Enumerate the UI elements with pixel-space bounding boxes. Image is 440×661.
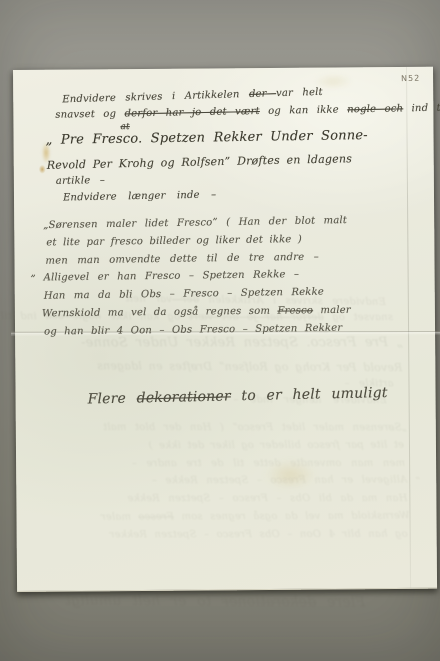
- handwritten-line: „ Pre Fresco. Spetzen Rekker Under Sonne…: [45, 128, 368, 148]
- handwritten-line: Flere dekorationer to er helt umuligt: [65, 593, 365, 611]
- handwritten-line: „Sørensen maler lidet Fresco” ( Han der …: [43, 215, 347, 231]
- handwritten-line: men man omvendte dette til de tre andre …: [45, 252, 319, 267]
- handwritten-line: Endvidere længer inde –: [63, 189, 216, 203]
- manuscript-paper: Endvidere skrives i Artikkelen der var h…: [13, 67, 437, 592]
- handwritten-line: Alligevel er han Fresco – Spetzen Rekke …: [44, 269, 300, 283]
- handwritten-line: Revold Per Krohg og Rolfsen” Drøftes en …: [47, 152, 353, 172]
- handwritten-line: Endvidere skrives i Artikkelen der var h…: [62, 87, 323, 106]
- handwritten-line: Wernskiold ma vel da også regnes som Fre…: [42, 305, 351, 320]
- handwritten-line: snavset og derfor har jo det vært og kan…: [55, 103, 440, 121]
- handwritten-line: Flere dekorationer to er helt umuligt: [87, 385, 387, 408]
- handwritten-line: „: [31, 268, 36, 279]
- archive-number-label: N52: [401, 74, 420, 83]
- photo-background: Endvidere skrives i Artikkelen der var h…: [0, 0, 440, 661]
- handwritten-line: et lite par fresco billeder og liker det…: [46, 234, 302, 248]
- handwritten-line: og han blir 4 Oon – Obs Fresco – Spetzen…: [44, 323, 342, 338]
- handwritten-line: artikle –: [56, 175, 105, 187]
- handwriting-layer: Endvidere skrives i Artikkelen der var h…: [13, 67, 437, 591]
- handwritten-line: Han ma da bli Obs – Fresco – Spetzen Rek…: [44, 287, 324, 302]
